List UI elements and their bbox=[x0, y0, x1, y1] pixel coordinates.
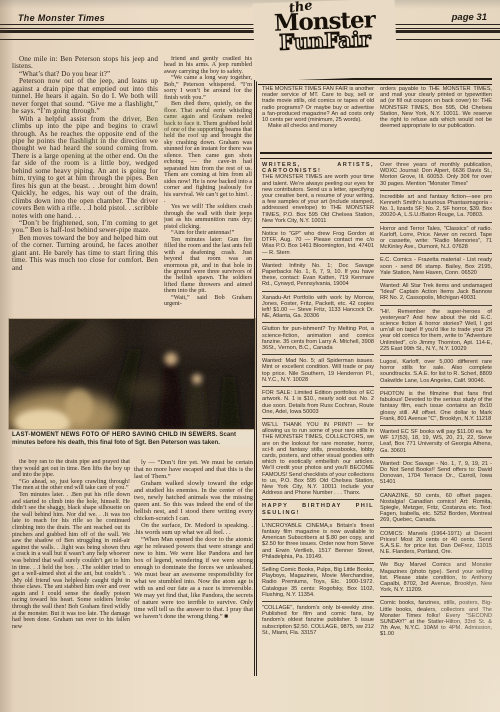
classified-ad: Selling Comic Books, Pulps, Big Little B… bbox=[262, 563, 374, 598]
classified-ad-text: E.C. Comics - Frazetta material - List r… bbox=[380, 257, 492, 275]
classified-ad-text: Selling Comic Books, Pulps, Big Little B… bbox=[262, 567, 374, 598]
classified-ad: Xanadu-Art Portfolio with work by Morrow… bbox=[262, 291, 374, 320]
classified-ad: E.C. Comics - Frazetta material - List r… bbox=[380, 253, 492, 276]
article-paragraph: Peterson now out of the jeep, and leans … bbox=[12, 78, 158, 115]
fanfair-intro-continued: orders payable to THE MONSTER TIMES, and… bbox=[380, 86, 492, 150]
classified-column-right: Over three years of monthly publication,… bbox=[380, 162, 492, 708]
classified-left-border bbox=[254, 80, 257, 676]
article-paragraph: On the surface, Dr. Medord is speaking. … bbox=[134, 522, 253, 536]
classified-ad-text: PHOTON is the filmzine that fans find fa… bbox=[380, 391, 492, 422]
classified-ad-text: Wanted: Mad No. 5; all Spiderman issues.… bbox=[262, 358, 374, 383]
page-number: page 31 bbox=[452, 12, 487, 23]
classified-ad-text: Notice to "GP" who drew Frog Gordon at D… bbox=[262, 231, 374, 256]
monster-fun-fair-logo: the Monster FunFair bbox=[253, 0, 398, 81]
masthead: The Monster Times bbox=[18, 13, 105, 23]
classified-ad: Horror and Terror Tales, "Classics" of r… bbox=[380, 222, 492, 251]
classified-ad: Lugosi, Karloff, over 5,000 different ra… bbox=[380, 355, 492, 384]
classified-ad: Notice to "GP" who drew Frog Gordon at D… bbox=[262, 227, 374, 256]
article-column-2: friend and gently cradled his head in hi… bbox=[164, 56, 252, 320]
classified-ad-text: CANAZINE, 50 cents, 60 offset pages. Nos… bbox=[380, 493, 492, 524]
classified-ad-text: FOR SALE: Limited Edition portfolios of … bbox=[262, 390, 374, 415]
classified-ad: COMICS: Marvels (1964-1971) at Decent Pr… bbox=[380, 527, 492, 556]
classified-ad: FOR SALE: Limited Edition portfolios of … bbox=[262, 386, 374, 415]
article-paragraph: “Go ahead, so, just keep crawling throug… bbox=[12, 479, 130, 492]
classified-ad-text: L'INCROYABLE CINEMA,s Britain's finest f… bbox=[262, 523, 374, 560]
photo-caption-lead: LAST-MOMENT NEWS FOTO OF HERO SAVING CHI… bbox=[12, 431, 218, 438]
classified-ad-heading: HAPPY BIRTHDAY PHIL SEULING! bbox=[262, 503, 374, 515]
classified-ad-text: Xanadu-Art Portfolio with work by Morrow… bbox=[262, 295, 374, 320]
article-paragraph: Ten minutes later: Gun fire filled the r… bbox=[164, 237, 252, 295]
article-paragraph: “We came a long way together, Bob,” Pete… bbox=[164, 75, 252, 101]
page-edge-shadow bbox=[0, 0, 500, 9]
classified-ad-text: Incredible art and fantasy fiction—see p… bbox=[380, 194, 492, 219]
classified-ad-text: We Buy Marvel Comics and Monster Magazin… bbox=[380, 562, 492, 593]
classified-ad: Over three years of monthly publication,… bbox=[380, 162, 492, 187]
article-paragraph: “Don’t be frightened, son, I’m coming to… bbox=[12, 220, 158, 235]
article-paragraph: friend and gently cradled his head in hi… bbox=[164, 56, 252, 75]
header-rule-thick bbox=[0, 30, 500, 40]
newspaper-page: The Monster Times page 31 the Monster Fu… bbox=[0, 0, 500, 712]
classified-ad-text: Horror and Terror Tales, "Classics" of r… bbox=[380, 226, 492, 251]
classified-ad-text: Over three years of monthly publication,… bbox=[380, 162, 492, 187]
header-rule-thin bbox=[0, 24, 500, 29]
classified-ad: WRITERS, ARTISTS, CARTOONISTS!THE MONSTE… bbox=[262, 162, 374, 224]
classified-ad-text: WE'LL THANK YOU IN PRINT! — for allowing… bbox=[262, 422, 374, 496]
classified-ad: Wanted: Mad No. 5; all Spiderman issues.… bbox=[262, 354, 374, 383]
classified-ad: Glutton for pun-ishment? Try Melting Pot… bbox=[262, 322, 374, 351]
fanfair-intro-cont-text: orders payable to THE MONSTER TIMES, and… bbox=[380, 86, 492, 129]
classified-ad-text: Lugosi, Karloff, over 5,000 different ra… bbox=[380, 359, 492, 384]
classified-ad-text: Comic books, fanzines, stills, posters, … bbox=[380, 600, 492, 637]
article-paragraph: Yes we will! The soldiers crash through … bbox=[164, 204, 252, 230]
classified-ad: Wanted: All Star Trek items and undamage… bbox=[380, 279, 492, 302]
classified-ad: Wanted: Infinity No. 1; Doc Savage Paper… bbox=[262, 259, 374, 288]
article-column-1: One mile in: Ben Peterson stops his jeep… bbox=[12, 56, 158, 317]
photo-caption: LAST-MOMENT NEWS FOTO OF HERO SAVING CHI… bbox=[12, 431, 254, 447]
classified-ad-text: Wanted: Doc Savage - No. 1, 7, 9, 19, 21… bbox=[380, 461, 492, 486]
classified-ad-text: Wanted: All Star Trek items and undamage… bbox=[380, 283, 492, 301]
classified-ad: PHOTON is the filmzine that fans find fa… bbox=[380, 387, 492, 422]
classified-ad: HAPPY BIRTHDAY PHIL SEULING! bbox=[262, 499, 374, 515]
classified-ad: "COLLAGE", fandom's only bi-weekly zine.… bbox=[262, 601, 374, 636]
news-photo bbox=[8, 318, 256, 430]
classified-ad-text: Wanted EC SF books will pay $11.00 ea. f… bbox=[380, 429, 492, 454]
classified-ad-heading: WRITERS, ARTISTS, CARTOONISTS! bbox=[262, 162, 374, 174]
fanfair-intro: THE MONSTER TIMES FAN FAIR is another re… bbox=[262, 86, 374, 150]
article-paragraph: “When Man opened the door to the atomic … bbox=[134, 536, 253, 620]
classified-ad-text: THE MONSTER TIMES are worth your time an… bbox=[262, 174, 374, 223]
classified-ad-text: Wanted: Infinity No. 1; Doc Savage Paper… bbox=[262, 263, 374, 288]
article-paragraph: Ben died there, quietly, on the floor. T… bbox=[164, 101, 252, 204]
article-paragraph: Ben moves toward the boy and helped him … bbox=[12, 235, 158, 272]
classified-ad: Incredible art and fantasy fiction—see p… bbox=[380, 190, 492, 219]
classified-ad: Wanted: Doc Savage - No. 1, 7, 9, 19, 21… bbox=[380, 457, 492, 486]
article-paragraph: With a helpful assist from the driver, B… bbox=[12, 116, 158, 220]
classified-ad: CANAZINE, 50 cents, 60 offset pages. Nos… bbox=[380, 489, 492, 524]
article-column-bottom-2: ly — “Don’t fire yet. We must be certain… bbox=[134, 459, 253, 709]
classified-ad-text: COMICS: Marvels (1964-1971) at Decent Pr… bbox=[380, 531, 492, 556]
article-paragraph: the boy ran to the drain pipe and prayed… bbox=[12, 459, 130, 479]
classified-ad-text: "COLLAGE", fandom's only bi-weekly zine.… bbox=[262, 605, 374, 636]
classified-ad: "Hi!. Remember the super-heroes of yeste… bbox=[380, 305, 492, 352]
article-column-bottom-1: the boy ran to the drain pipe and prayed… bbox=[12, 459, 130, 709]
fanfair-intro-text: THE MONSTER TIMES FAN FAIR is another re… bbox=[262, 86, 374, 123]
article-paragraph: ly — “Don’t fire yet. We must be certain… bbox=[134, 459, 253, 480]
classified-ad: L'INCROYABLE CINEMA,s Britain's finest f… bbox=[262, 519, 374, 560]
classified-mid-rule bbox=[260, 152, 492, 159]
classified-ad: Wanted EC SF books will pay $11.00 ea. f… bbox=[380, 425, 492, 454]
fanfair-intro-text-2: Make all checks and money bbox=[262, 123, 374, 129]
classified-ad-text: Glutton for pun-ishment? Try Melting Pot… bbox=[262, 326, 374, 351]
classified-ad-text: "Hi!. Remember the super-heroes of yeste… bbox=[380, 309, 492, 352]
classified-ad: We Buy Marvel Comics and Monster Magazin… bbox=[380, 558, 492, 593]
classified-column-left: WRITERS, ARTISTS, CARTOONISTS!THE MONSTE… bbox=[262, 162, 374, 708]
article-paragraph: Graham walked slowly toward the edge and… bbox=[134, 480, 253, 522]
article-paragraph: Ten minutes later. . .Ben put his rifle … bbox=[12, 492, 130, 630]
article-paragraph: “Wait,” said Bob Graham urgent- bbox=[164, 295, 252, 308]
classified-ad: Comic books, fanzines, stills, posters, … bbox=[380, 596, 492, 637]
classified-ad: WE'LL THANK YOU IN PRINT! — for allowing… bbox=[262, 418, 374, 496]
article-paragraph: One mile in: Ben Peterson stops his jeep… bbox=[12, 56, 158, 71]
